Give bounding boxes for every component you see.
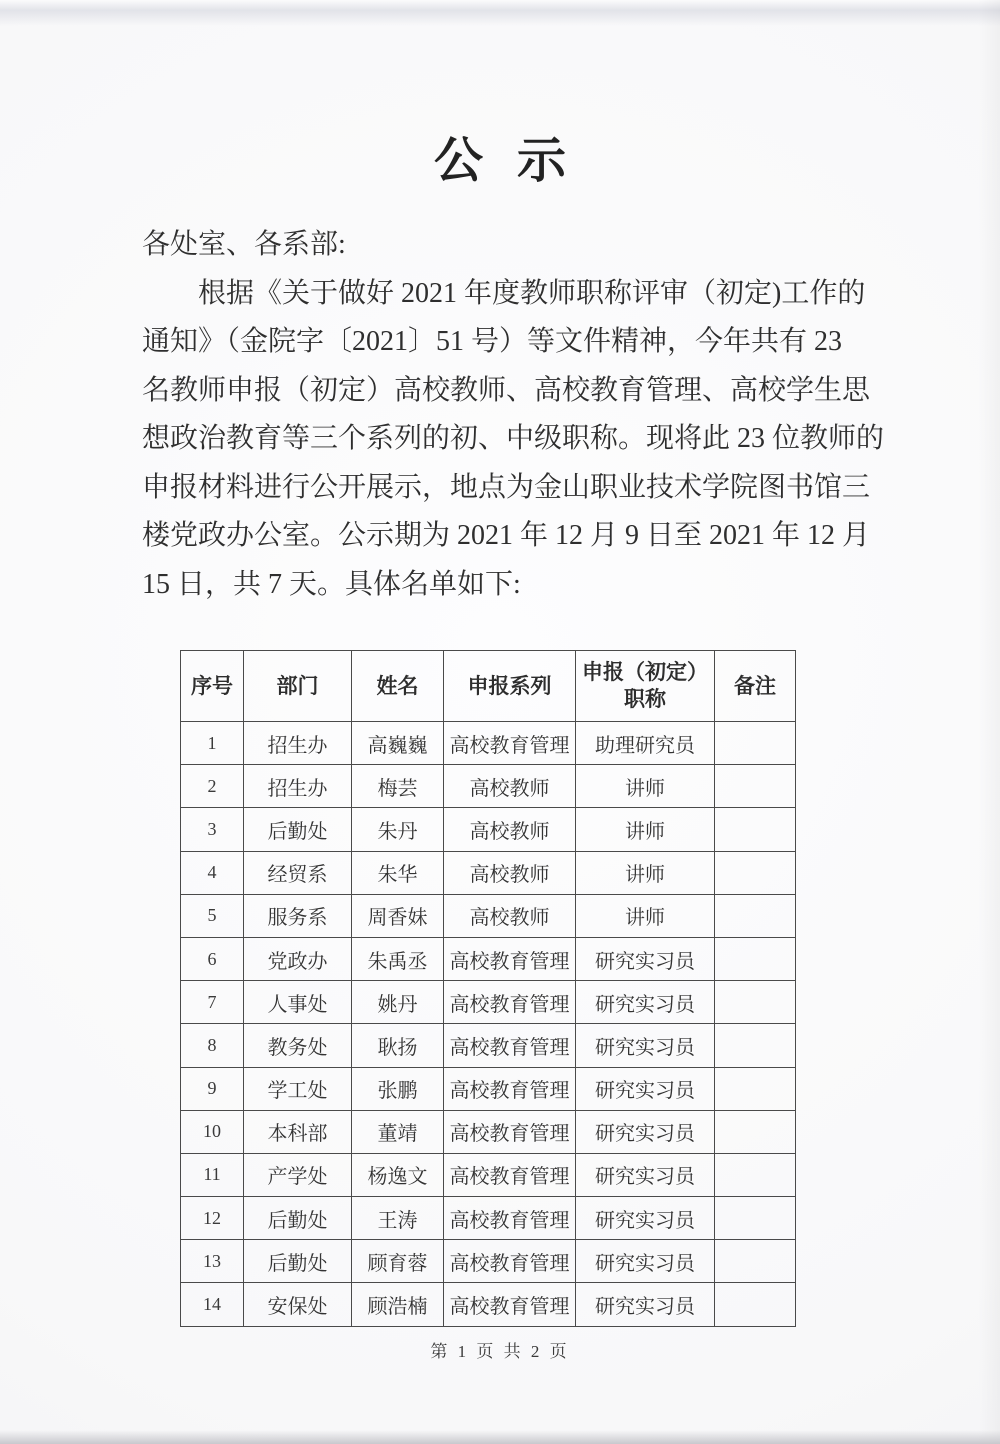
table-cell: 研究实习员 <box>576 1024 715 1067</box>
table-cell: 招生办 <box>244 765 352 808</box>
table-cell <box>715 937 796 980</box>
table-cell: 1 <box>181 722 244 765</box>
table-cell: 研究实习员 <box>576 1197 715 1240</box>
table-cell: 讲师 <box>576 808 715 851</box>
table-cell <box>715 1024 796 1067</box>
table-cell: 党政办 <box>244 937 352 980</box>
table-cell: 后勤处 <box>244 1197 352 1240</box>
table-row: 9学工处张鹏高校教育管理研究实习员 <box>181 1067 796 1110</box>
table-cell <box>715 765 796 808</box>
table-header-cell: 备注 <box>715 651 796 722</box>
table-row: 2招生办梅芸高校教师讲师 <box>181 765 796 808</box>
table-cell: 高校教育管理 <box>444 1240 576 1283</box>
table-body: 1招生办高巍巍高校教育管理助理研究员2招生办梅芸高校教师讲师3后勤处朱丹高校教师… <box>181 722 796 1327</box>
table-cell: 13 <box>181 1240 244 1283</box>
table-header-cell: 姓名 <box>352 651 444 722</box>
table-cell <box>715 981 796 1024</box>
scanned-notice-page: 公示 各处室、各系部: 根据《关于做好 2021 年度教师职称评审（初定)工作的… <box>0 0 1000 1444</box>
table-cell <box>715 851 796 894</box>
table-row: 13后勤处顾育蓉高校教育管理研究实习员 <box>181 1240 796 1283</box>
table-cell <box>715 1283 796 1326</box>
table-header: 序号部门姓名申报系列申报（初定）职称备注 <box>181 651 796 722</box>
table-cell: 14 <box>181 1283 244 1326</box>
body-paragraph: 各处室、各系部: 根据《关于做好 2021 年度教师职称评审（初定)工作的通知》… <box>142 221 862 609</box>
table-cell: 高校教师 <box>444 765 576 808</box>
table-cell: 高巍巍 <box>352 722 444 765</box>
table-cell <box>715 894 796 937</box>
table-cell: 研究实习员 <box>576 1283 715 1326</box>
table-cell: 高校教师 <box>444 851 576 894</box>
table-cell: 讲师 <box>576 765 715 808</box>
table-header-row: 序号部门姓名申报系列申报（初定）职称备注 <box>181 651 796 722</box>
table-cell: 朱禹丞 <box>352 937 444 980</box>
table-cell: 高校教师 <box>444 808 576 851</box>
table-cell <box>715 1197 796 1240</box>
table-cell: 12 <box>181 1197 244 1240</box>
table-cell: 人事处 <box>244 981 352 1024</box>
table-cell: 研究实习员 <box>576 1153 715 1196</box>
table-cell: 朱华 <box>352 851 444 894</box>
body-line: 楼党政办公室。公示期为 2021 年 12 月 9 日至 2021 年 12 月 <box>142 512 862 561</box>
table-header-cell: 申报（初定）职称 <box>576 651 715 722</box>
scan-edge-right <box>978 0 1000 1444</box>
table-cell: 顾育蓉 <box>352 1240 444 1283</box>
scan-edge-top <box>0 0 1000 26</box>
table-cell: 高校教育管理 <box>444 1024 576 1067</box>
table-row: 5服务系周香妹高校教师讲师 <box>181 894 796 937</box>
table-row: 7人事处姚丹高校教育管理研究实习员 <box>181 981 796 1024</box>
table-cell: 周香妹 <box>352 894 444 937</box>
table-cell <box>715 1153 796 1196</box>
page-title-text: 公示 <box>434 133 600 188</box>
table-cell: 3 <box>181 808 244 851</box>
table-cell: 6 <box>181 937 244 980</box>
table-cell: 研究实习员 <box>576 1067 715 1110</box>
table-cell: 8 <box>181 1024 244 1067</box>
table-cell: 讲师 <box>576 851 715 894</box>
table-cell: 高校教育管理 <box>444 937 576 980</box>
body-line: 通知》（金院字〔2021〕51 号）等文件精神，今年共有 23 <box>142 318 862 367</box>
table-row: 11产学处杨逸文高校教育管理研究实习员 <box>181 1153 796 1196</box>
body-line: 想政治教育等三个系列的初、中级职称。现将此 23 位教师的 <box>142 415 862 464</box>
table-cell: 7 <box>181 981 244 1024</box>
table-row: 6党政办朱禹丞高校教育管理研究实习员 <box>181 937 796 980</box>
table-cell: 学工处 <box>244 1067 352 1110</box>
table-cell: 王涛 <box>352 1197 444 1240</box>
table-cell: 助理研究员 <box>576 722 715 765</box>
table-cell <box>715 1240 796 1283</box>
table-cell: 2 <box>181 765 244 808</box>
table-row: 12后勤处王涛高校教育管理研究实习员 <box>181 1197 796 1240</box>
table-cell: 高校教育管理 <box>444 1110 576 1153</box>
table-cell: 高校教育管理 <box>444 722 576 765</box>
table-cell: 安保处 <box>244 1283 352 1326</box>
table-cell: 高校教育管理 <box>444 1197 576 1240</box>
scan-edge-bottom <box>0 1430 1000 1444</box>
table-cell: 9 <box>181 1067 244 1110</box>
page-title: 公示 <box>0 122 1000 192</box>
table-header-cell: 申报系列 <box>444 651 576 722</box>
table-cell <box>715 1067 796 1110</box>
table-cell: 本科部 <box>244 1110 352 1153</box>
table-cell: 研究实习员 <box>576 1110 715 1153</box>
table-cell: 后勤处 <box>244 1240 352 1283</box>
table-cell: 高校教育管理 <box>444 1283 576 1326</box>
table-cell: 研究实习员 <box>576 1240 715 1283</box>
table-cell: 服务系 <box>244 894 352 937</box>
table-row: 10本科部董靖高校教育管理研究实习员 <box>181 1110 796 1153</box>
table-cell: 董靖 <box>352 1110 444 1153</box>
table-cell: 讲师 <box>576 894 715 937</box>
table-cell: 研究实习员 <box>576 937 715 980</box>
page-footer: 第 1 页 共 2 页 <box>0 1337 1000 1362</box>
table-cell: 高校教育管理 <box>444 1153 576 1196</box>
table-cell: 高校教师 <box>444 894 576 937</box>
table-cell: 经贸系 <box>244 851 352 894</box>
table-cell: 10 <box>181 1110 244 1153</box>
table-cell: 张鹏 <box>352 1067 444 1110</box>
body-line: 15 日，共 7 天。具体名单如下: <box>142 561 862 610</box>
table-cell: 耿扬 <box>352 1024 444 1067</box>
table-cell: 高校教育管理 <box>444 981 576 1024</box>
table-row: 4经贸系朱华高校教师讲师 <box>181 851 796 894</box>
table-cell: 高校教育管理 <box>444 1067 576 1110</box>
table-cell: 朱丹 <box>352 808 444 851</box>
table-header-cell: 序号 <box>181 651 244 722</box>
table-cell <box>715 808 796 851</box>
table-cell: 研究实习员 <box>576 981 715 1024</box>
table-cell: 教务处 <box>244 1024 352 1067</box>
table-row: 3后勤处朱丹高校教师讲师 <box>181 808 796 851</box>
table-cell <box>715 722 796 765</box>
table-cell: 杨逸文 <box>352 1153 444 1196</box>
body-line: 根据《关于做好 2021 年度教师职称评审（初定)工作的 <box>142 270 862 319</box>
body-line: 各处室、各系部: <box>142 221 862 270</box>
table-cell: 姚丹 <box>352 981 444 1024</box>
table-header-cell: 部门 <box>244 651 352 722</box>
table-cell: 11 <box>181 1153 244 1196</box>
table-cell: 后勤处 <box>244 808 352 851</box>
table-cell: 产学处 <box>244 1153 352 1196</box>
table-row: 14安保处顾浩楠高校教育管理研究实习员 <box>181 1283 796 1326</box>
body-line: 名教师申报（初定）高校教师、高校教育管理、高校学生思 <box>142 367 862 416</box>
table-cell: 招生办 <box>244 722 352 765</box>
table-cell: 4 <box>181 851 244 894</box>
table-cell: 5 <box>181 894 244 937</box>
applicants-table: 序号部门姓名申报系列申报（初定）职称备注 1招生办高巍巍高校教育管理助理研究员2… <box>180 650 796 1327</box>
table-row: 8教务处耿扬高校教育管理研究实习员 <box>181 1024 796 1067</box>
table-cell: 梅芸 <box>352 765 444 808</box>
table-row: 1招生办高巍巍高校教育管理助理研究员 <box>181 722 796 765</box>
table-cell: 顾浩楠 <box>352 1283 444 1326</box>
body-line: 申报材料进行公开展示，地点为金山职业技术学院图书馆三 <box>142 464 862 513</box>
table-cell <box>715 1110 796 1153</box>
